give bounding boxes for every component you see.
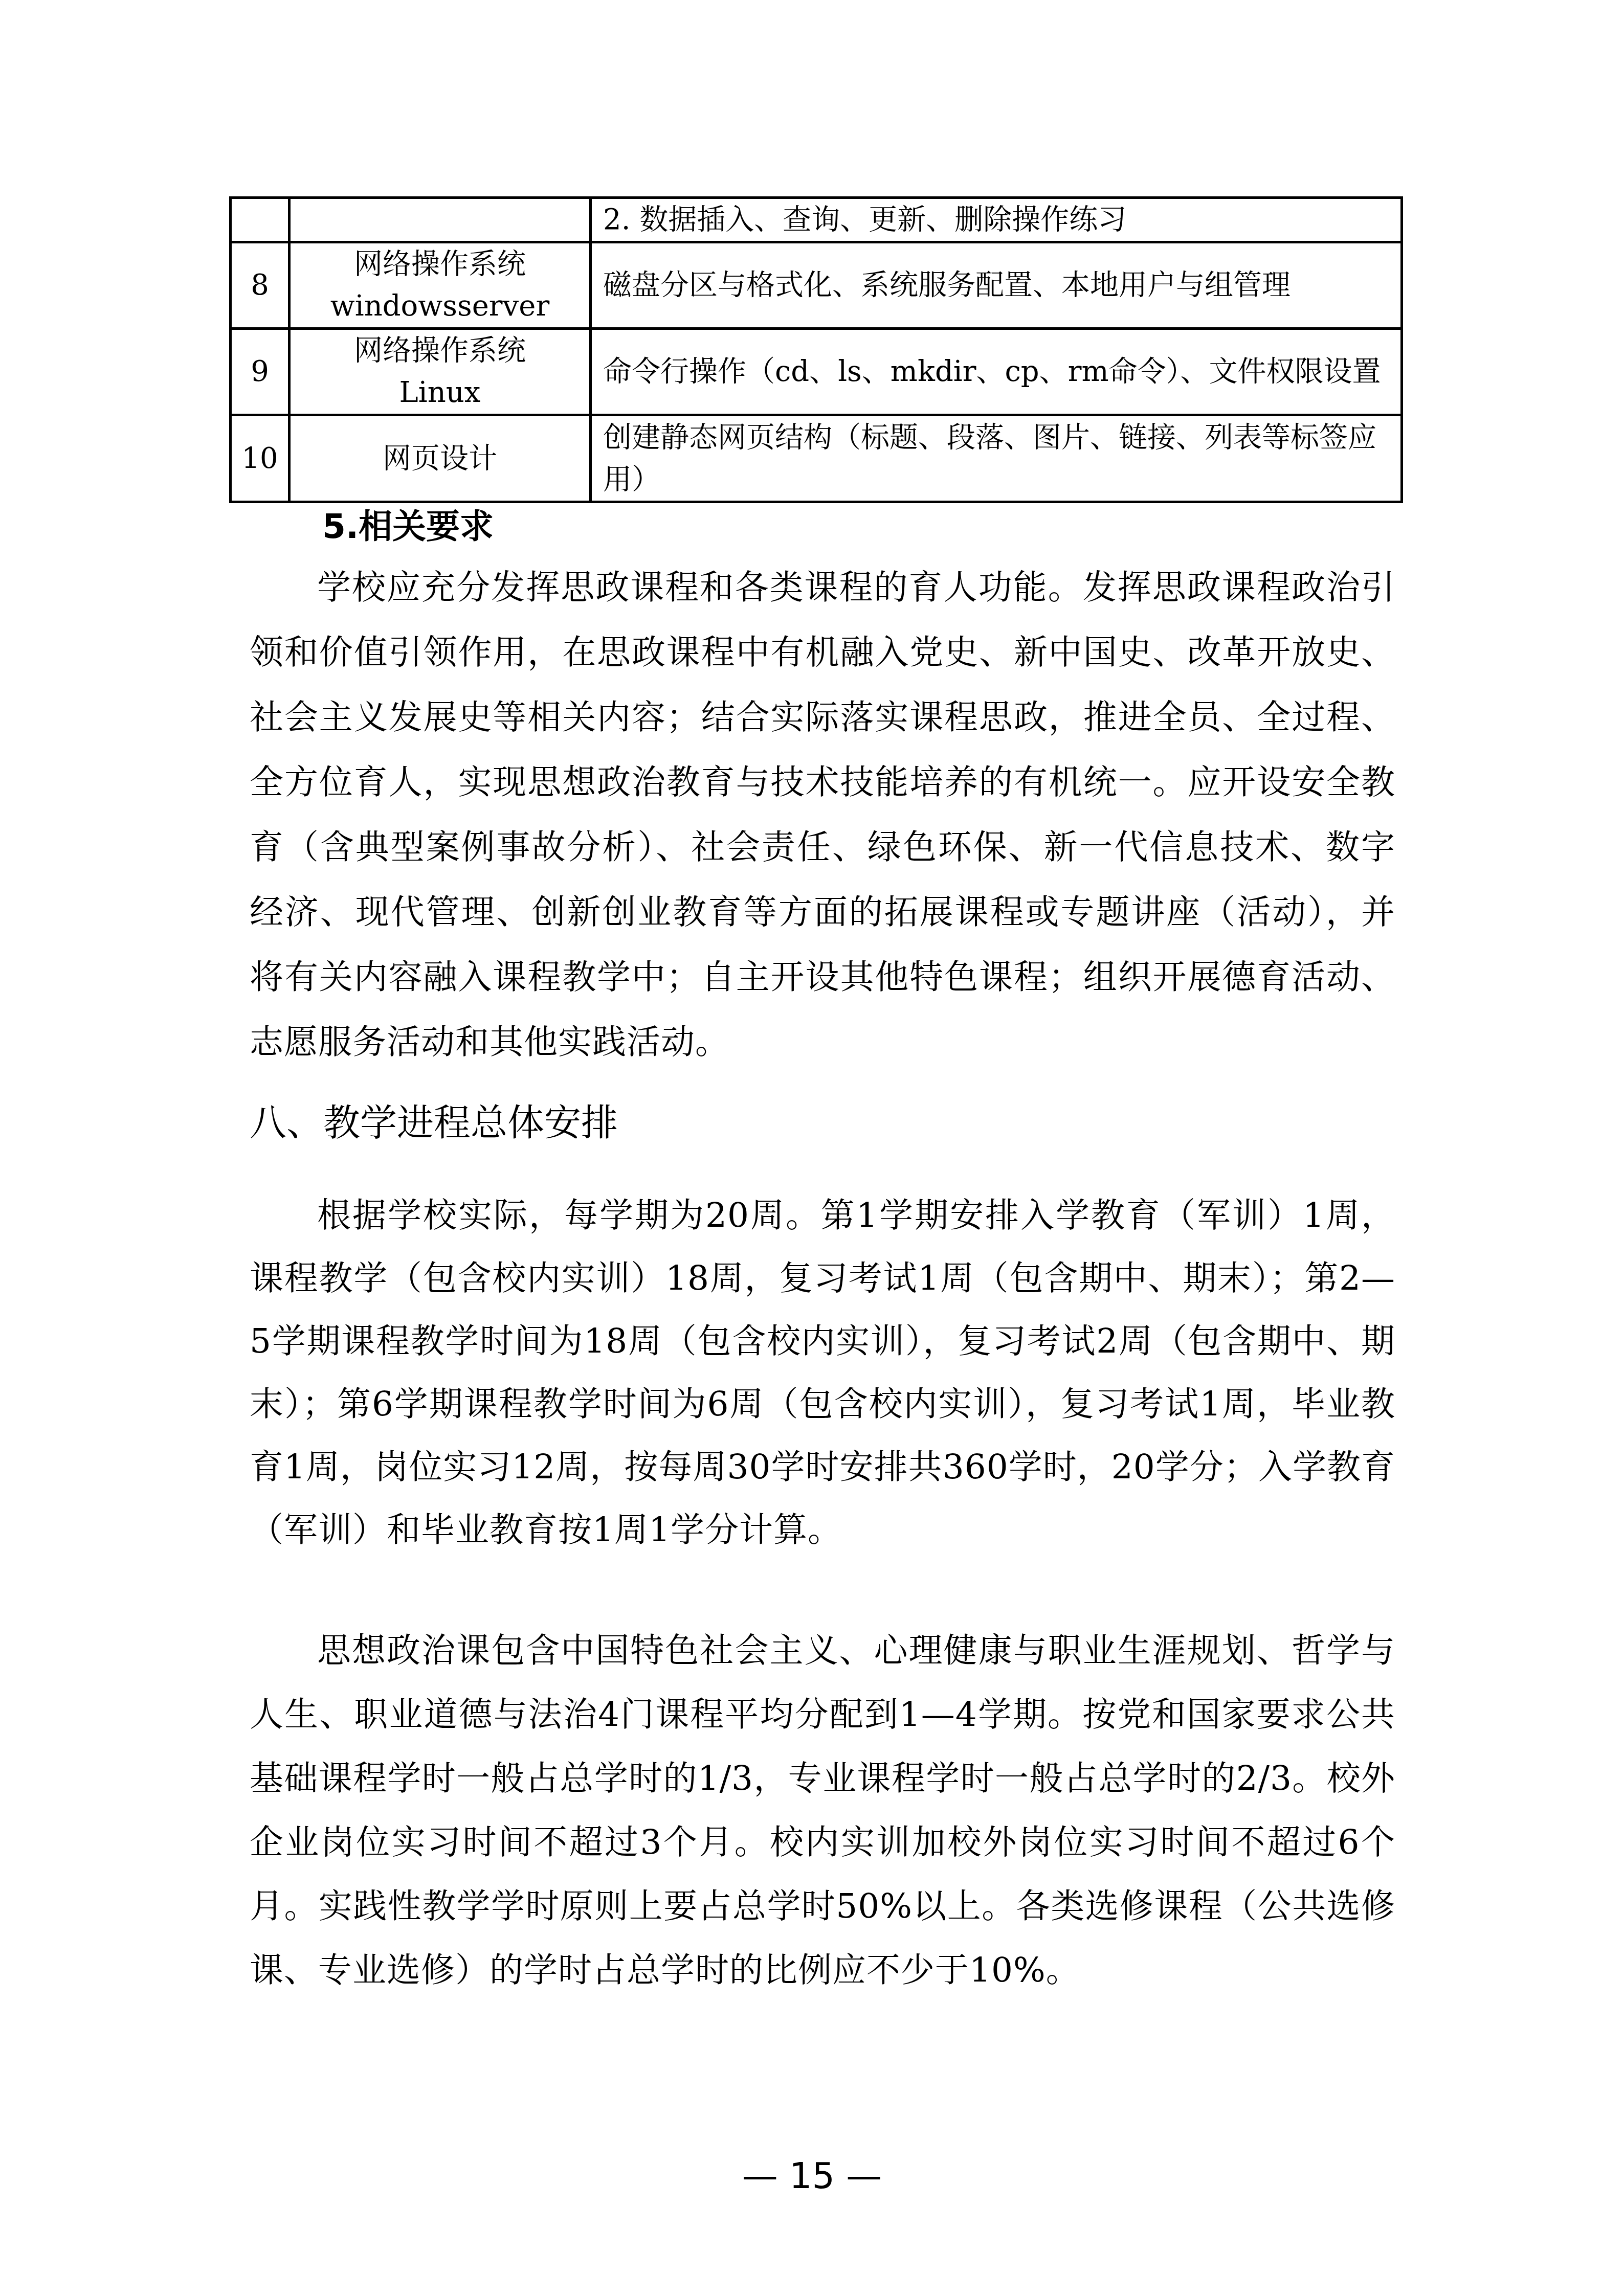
course-table: 2. 数据插入、查询、更新、删除操作练习 8 网络操作系统 windowsser… bbox=[229, 196, 1403, 503]
row-number: 9 bbox=[231, 329, 290, 415]
course-name: 网络操作系统 Linux bbox=[290, 329, 591, 415]
course-name-line1: 网络操作系统 bbox=[296, 243, 584, 285]
row-number bbox=[231, 198, 290, 242]
document-page: 2. 数据插入、查询、更新、删除操作练习 8 网络操作系统 windowsser… bbox=[0, 0, 1624, 2296]
subsection-heading: 5.相关要求 bbox=[322, 501, 494, 552]
course-name: 网页设计 bbox=[290, 415, 591, 502]
course-content: 命令行操作（cd、ls、mkdir、cp、rm命令）、文件权限设置 bbox=[591, 329, 1402, 415]
requirements-paragraph: 学校应充分发挥思政课程和各类课程的育人功能。发挥思政课程政治引领和价值引领作用，… bbox=[250, 555, 1395, 1074]
course-name-line1: 网络操作系统 bbox=[296, 330, 584, 372]
table-row: 8 网络操作系统 windowsserver 磁盘分区与格式化、系统服务配置、本… bbox=[231, 242, 1402, 329]
row-number: 10 bbox=[231, 415, 290, 502]
row-number: 8 bbox=[231, 242, 290, 329]
schedule-paragraph: 根据学校实际，每学期为20周。第1学期安排入学教育（军训）1周，课程教学（包含校… bbox=[250, 1184, 1395, 1561]
curriculum-paragraph: 思想政治课包含中国特色社会主义、心理健康与职业生涯规划、哲学与人生、职业道德与法… bbox=[250, 1618, 1395, 2002]
table-row: 2. 数据插入、查询、更新、删除操作练习 bbox=[231, 198, 1402, 242]
course-content: 磁盘分区与格式化、系统服务配置、本地用户与组管理 bbox=[591, 242, 1402, 329]
course-content: 创建静态网页结构（标题、段落、图片、链接、列表等标签应用） bbox=[591, 415, 1402, 502]
course-name-line2: windowsserver bbox=[296, 285, 584, 327]
course-name: 网络操作系统 windowsserver bbox=[290, 242, 591, 329]
table-row: 9 网络操作系统 Linux 命令行操作（cd、ls、mkdir、cp、rm命令… bbox=[231, 329, 1402, 415]
table-row: 10 网页设计 创建静态网页结构（标题、段落、图片、链接、列表等标签应用） bbox=[231, 415, 1402, 502]
course-content: 2. 数据插入、查询、更新、删除操作练习 bbox=[591, 198, 1402, 242]
course-name bbox=[290, 198, 591, 242]
course-name-line1: 网页设计 bbox=[296, 438, 584, 480]
course-name-line2: Linux bbox=[296, 372, 584, 414]
page-number: — 15 — bbox=[0, 2150, 1624, 2201]
section-heading: 八、教学进程总体安排 bbox=[250, 1094, 618, 1151]
